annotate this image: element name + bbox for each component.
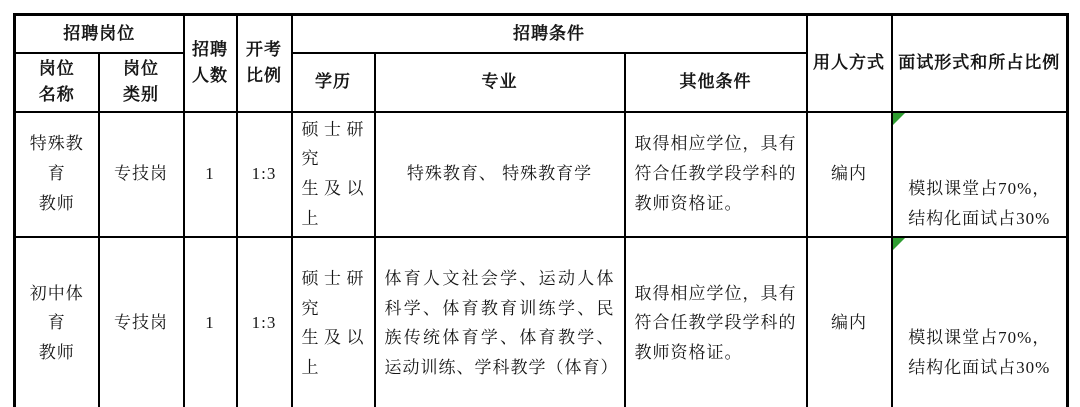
cell-education: 硕士研究 生及以上 [292, 112, 375, 237]
header-position-name: 岗位 名称 [15, 53, 99, 112]
cell-education: 硕士研究 生及以上 [292, 237, 375, 407]
cell-major: 特殊教育、 特殊教育学 [375, 112, 625, 237]
cell-position-name: 初中体育 教师 [15, 237, 99, 407]
cell-recruit-count: 1 [184, 237, 237, 407]
cell-employment-type: 编内 [807, 237, 892, 407]
cell-other-conditions: 取得相应学位，具有符合任教学段学科的教师资格证。 [625, 237, 807, 407]
cell-position-category: 专技岗 [99, 112, 184, 237]
cell-interview-format: 模拟课堂占70%， 结构化面试占30% [892, 112, 1068, 237]
recruitment-table-page: 招聘岗位 招聘 人数 开考 比例 招聘条件 用人方式 面试形式和所占比例 岗位 … [0, 0, 1080, 407]
cell-interview-format: 模拟课堂占70%， 结构化面试占30% [892, 237, 1068, 407]
header-other-conditions: 其他条件 [625, 53, 807, 112]
header-interview-format: 面试形式和所占比例 [892, 15, 1068, 112]
cell-position-name: 特殊教育 教师 [15, 112, 99, 237]
header-employment-type: 用人方式 [807, 15, 892, 112]
header-major: 专业 [375, 53, 625, 112]
cell-exam-ratio: 1:3 [237, 237, 292, 407]
header-exam-ratio: 开考 比例 [237, 15, 292, 112]
comment-flag-icon [893, 113, 905, 125]
cell-major: 体育人文社会学、运动人体科学、体育教育训练学、民族传统体育学、体育教学、运动训练… [375, 237, 625, 407]
header-position-category: 岗位 类别 [99, 53, 184, 112]
cell-other-conditions: 取得相应学位，具有符合任教学段学科的教师资格证。 [625, 112, 807, 237]
header-recruit-conditions: 招聘条件 [292, 15, 807, 53]
cell-recruit-count: 1 [184, 112, 237, 237]
header-education: 学历 [292, 53, 375, 112]
interview-format-text: 模拟课堂占70%， 结构化面试占30% [908, 328, 1050, 377]
interview-format-text: 模拟课堂占70%， 结构化面试占30% [908, 179, 1050, 228]
header-recruit-position: 招聘岗位 [15, 15, 184, 53]
comment-flag-icon [893, 238, 905, 250]
header-recruit-count: 招聘 人数 [184, 15, 237, 112]
table-row: 特殊教育 教师 专技岗 1 1:3 硕士研究 生及以上 特殊教育、 特殊教育学 … [15, 112, 1068, 237]
table-row: 初中体育 教师 专技岗 1 1:3 硕士研究 生及以上 体育人文社会学、运动人体… [15, 237, 1068, 407]
recruitment-table: 招聘岗位 招聘 人数 开考 比例 招聘条件 用人方式 面试形式和所占比例 岗位 … [13, 13, 1069, 407]
cell-employment-type: 编内 [807, 112, 892, 237]
cell-exam-ratio: 1:3 [237, 112, 292, 237]
cell-position-category: 专技岗 [99, 237, 184, 407]
